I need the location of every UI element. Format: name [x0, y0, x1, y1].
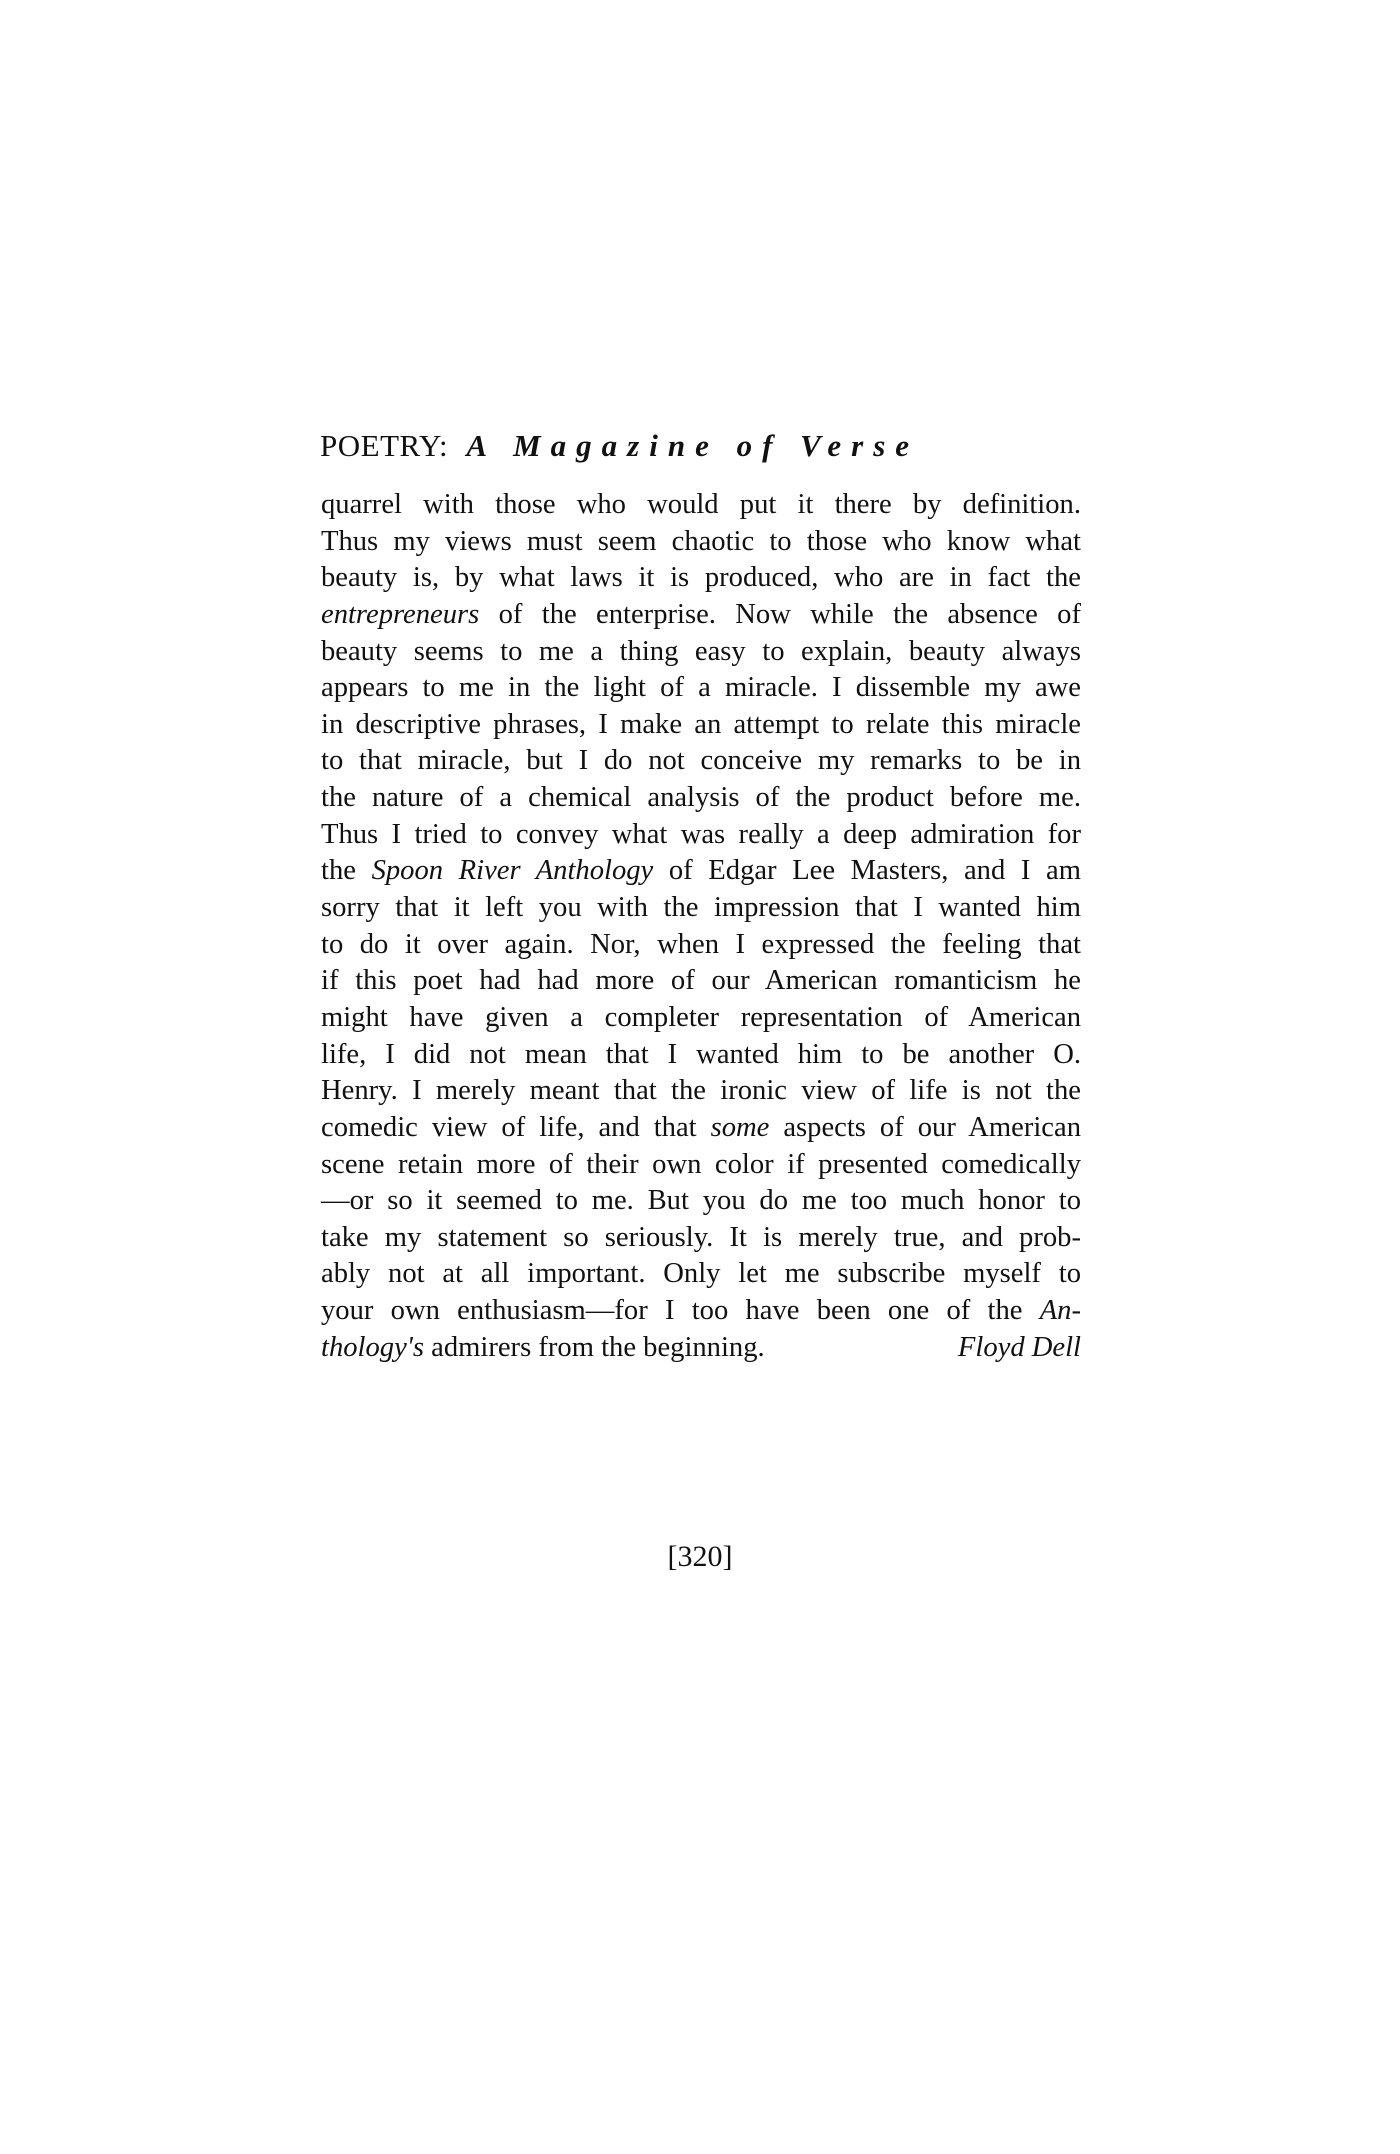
text-line: Henry. I merely meant that the ironic vi… — [321, 1073, 1081, 1110]
text-line: Thus I tried to convey what was really a… — [321, 817, 1081, 854]
text-line: entrepreneurs of the enterprise. Now whi… — [321, 597, 1081, 634]
text-line: to that miracle, but I do not conceive m… — [321, 743, 1081, 780]
italic-emphasis: some — [711, 1112, 770, 1143]
text-line: might have given a completer representat… — [321, 1000, 1081, 1037]
text-line: appears to me in the light of a miracle.… — [321, 670, 1081, 707]
text-line: beauty seems to me a thing easy to expla… — [321, 634, 1081, 671]
text-line: quarrel with those who would put it ther… — [321, 487, 1081, 524]
book-title-fragment: An- — [1040, 1295, 1081, 1326]
text-line: your own enthusiasm—for I too have been … — [321, 1293, 1081, 1330]
text-line: beauty is, by what laws it is produced, … — [321, 560, 1081, 597]
text-line: the nature of a chemical analysis of the… — [321, 780, 1081, 817]
signature: Floyd Dell — [958, 1330, 1081, 1367]
page-number: [320] — [0, 1540, 1400, 1574]
text-line: to do it over again. Nor, when I express… — [321, 927, 1081, 964]
text-line: comedic view of life, and that some aspe… — [321, 1110, 1081, 1147]
text-line: the Spoon River Anthology of Edgar Lee M… — [321, 853, 1081, 890]
text-line: sorry that it left you with the impressi… — [321, 890, 1081, 927]
book-title-fragment: thology's — [321, 1332, 424, 1363]
journal-subtitle: A Magazine of Verse — [466, 428, 919, 463]
letter-body: quarrel with those who would put it ther… — [321, 487, 1081, 1366]
text-line: in descriptive phrases, I make an attemp… — [321, 707, 1081, 744]
text-line: Thus my views must seem chaotic to those… — [321, 524, 1081, 561]
text-line: life, I did not mean that I wanted him t… — [321, 1037, 1081, 1074]
text-line: thology's admirers from the beginning.Fl… — [321, 1330, 1081, 1367]
text-line: if this poet had had more of our America… — [321, 963, 1081, 1000]
text-line: scene retain more of their own color if … — [321, 1147, 1081, 1184]
text-line: ably not at all important. Only let me s… — [321, 1256, 1081, 1293]
text-line: take my statement so seriously. It is me… — [321, 1220, 1081, 1257]
running-head: POETRY: A Magazine of Verse — [320, 428, 1120, 464]
book-title: Spoon River Anthology — [372, 855, 654, 886]
journal-name: POETRY: — [320, 428, 448, 463]
italic-term: entrepreneurs — [321, 599, 479, 630]
text-line: —or so it seemed to me. But you do me to… — [321, 1183, 1081, 1220]
